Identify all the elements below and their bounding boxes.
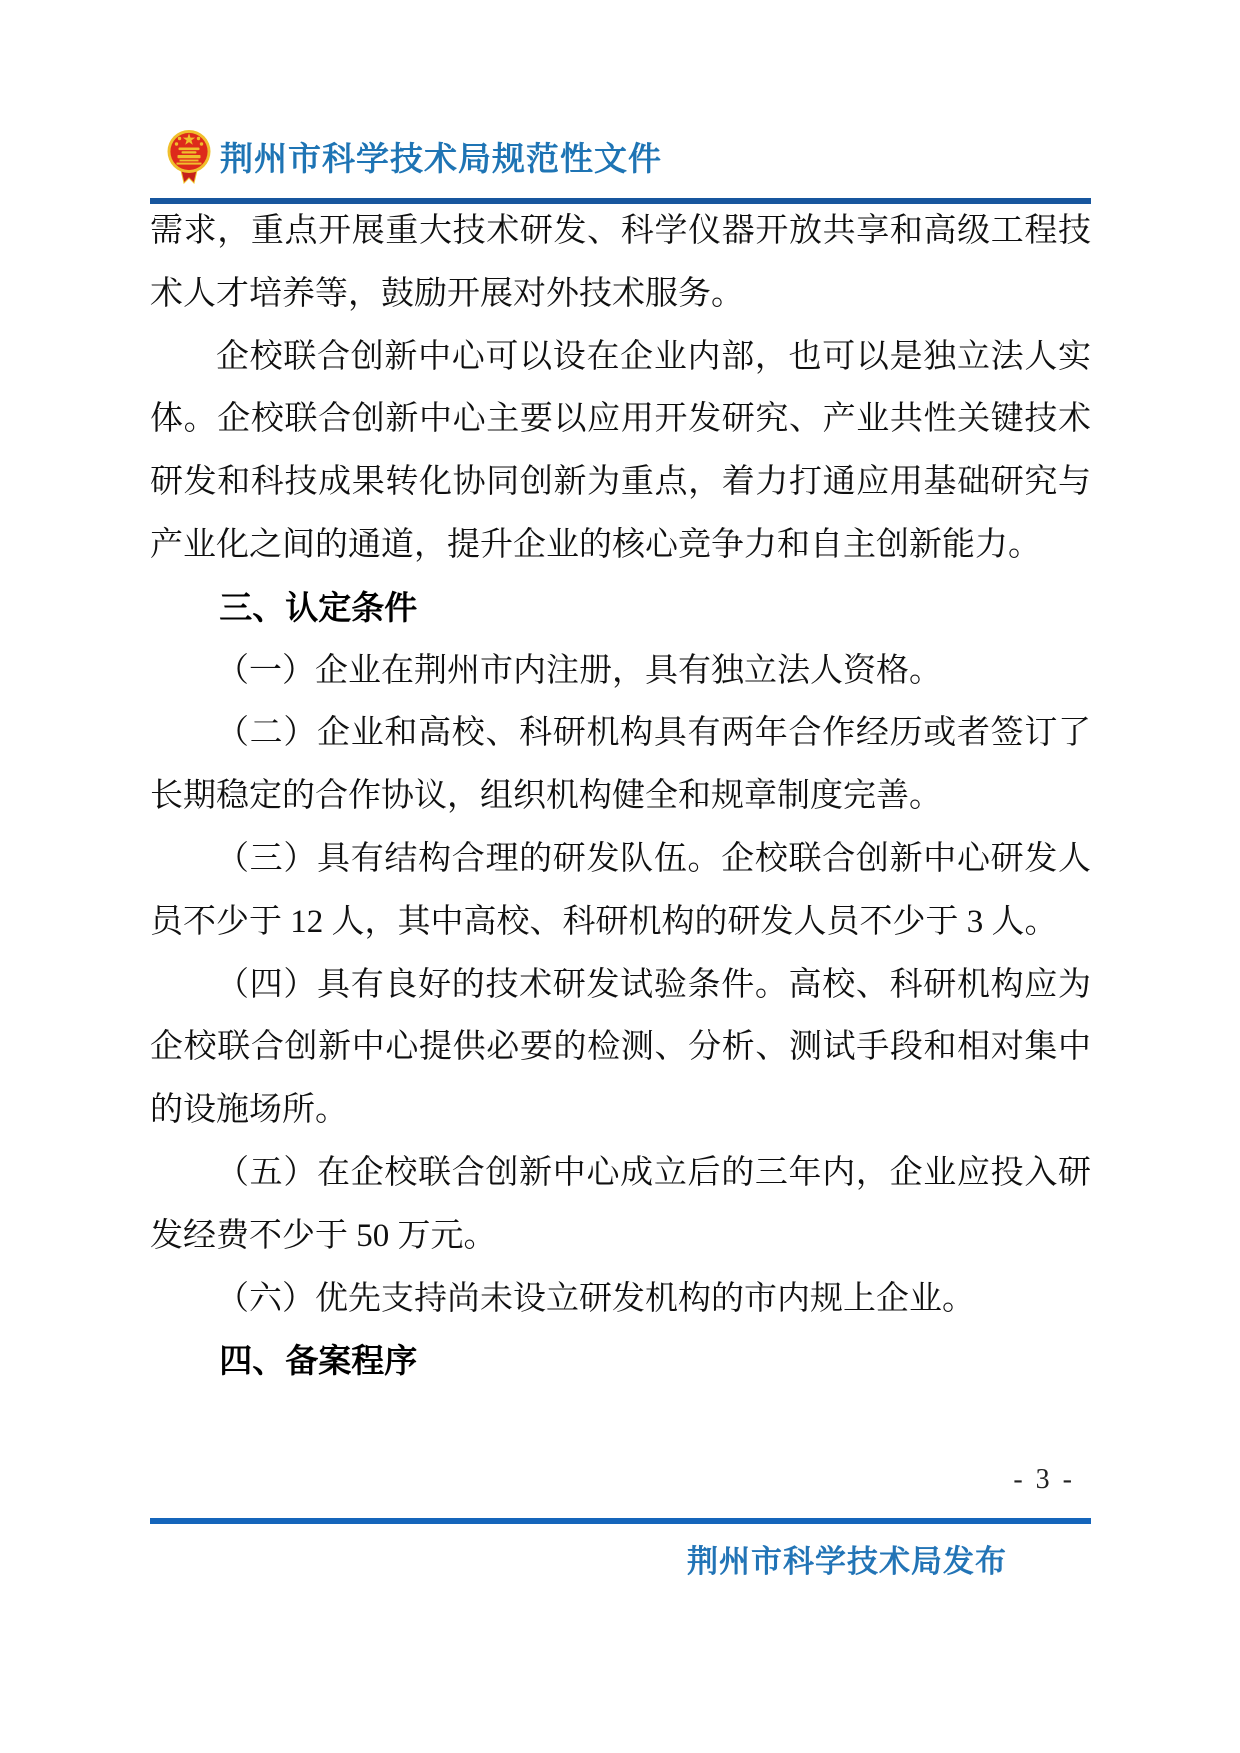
section-heading: 四、备案程序	[150, 1330, 1091, 1393]
china-national-emblem-icon	[167, 128, 211, 185]
body-paragraph: （五）在企校联合创新中心成立后的三年内，企业应投入研发经费不少于 50 万元。	[150, 1142, 1091, 1268]
document-body: 需求，重点开展重大技术研发、科学仪器开放共享和高级工程技术人才培养等，鼓励开展对…	[150, 200, 1091, 1393]
body-paragraph: 企校联合创新中心可以设在企业内部，也可以是独立法人实体。企校联合创新中心主要以应…	[150, 326, 1091, 577]
document-header: 荆州市科学技术局规范性文件	[167, 128, 662, 185]
publisher-line: 荆州市科学技术局发布	[150, 1540, 1091, 1584]
footer-divider	[150, 1518, 1091, 1524]
body-paragraph: （六）优先支持尚未设立研发机构的市内规上企业。	[150, 1268, 1091, 1331]
page-title: 荆州市科学技术局规范性文件	[220, 133, 662, 180]
body-paragraph: （三）具有结构合理的研发队伍。企校联合创新中心研发人员不少于 12 人，其中高校…	[150, 828, 1091, 954]
body-paragraph: （一）企业在荆州市内注册，具有独立法人资格。	[150, 640, 1091, 703]
body-paragraph: 需求，重点开展重大技术研发、科学仪器开放共享和高级工程技术人才培养等，鼓励开展对…	[150, 200, 1091, 326]
document-page: 荆州市科学技术局规范性文件 需求，重点开展重大技术研发、科学仪器开放共享和高级工…	[0, 0, 1240, 1753]
body-paragraph: （四）具有良好的技术研发试验条件。高校、科研机构应为企校联合创新中心提供必要的检…	[150, 954, 1091, 1142]
section-heading: 三、认定条件	[150, 577, 1091, 640]
page-number: - 3 -	[150, 1462, 1091, 1498]
body-paragraph: （二）企业和高校、科研机构具有两年合作经历或者签订了长期稳定的合作协议，组织机构…	[150, 702, 1091, 828]
